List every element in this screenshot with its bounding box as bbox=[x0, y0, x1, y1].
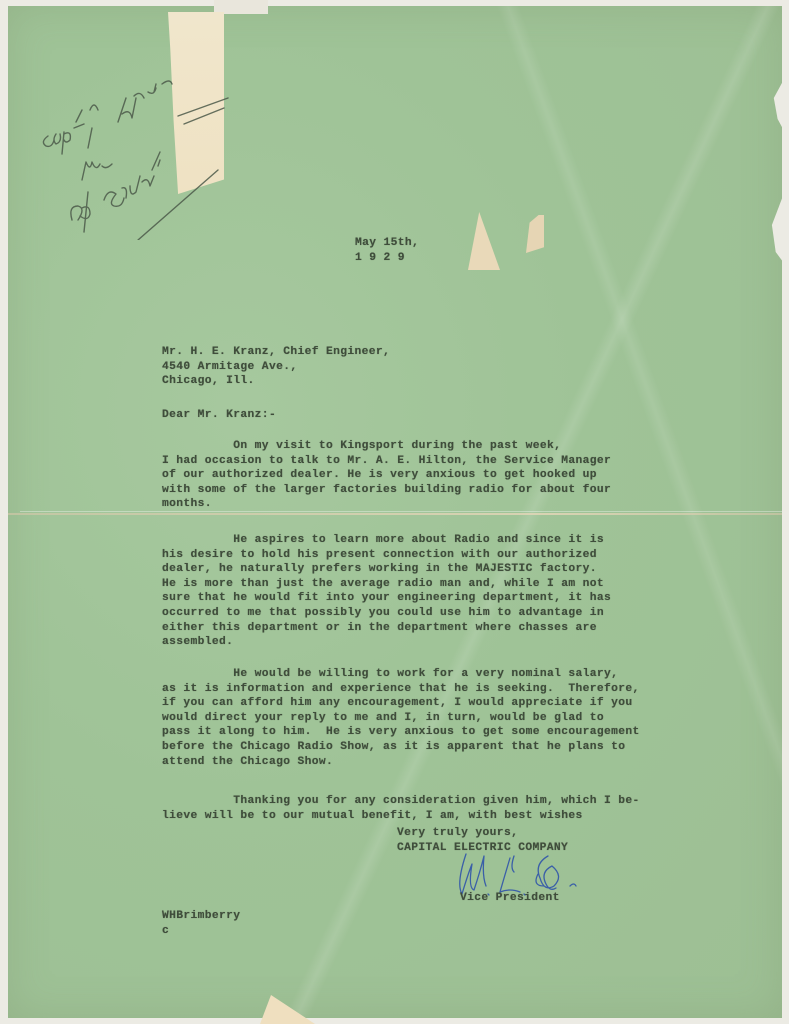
paragraph-line: with some of the larger factories buildi… bbox=[162, 484, 611, 496]
paragraph-line: Thanking you for any consideration given… bbox=[162, 795, 640, 807]
paragraph-line: dealer, he naturally prefers working in … bbox=[162, 563, 597, 575]
date-line-1: May 15th, bbox=[355, 237, 419, 249]
paragraph-line: before the Chicago Radio Show, as it is … bbox=[162, 741, 625, 753]
body-paragraph-1: On my visit to Kingsport during the past… bbox=[162, 439, 611, 512]
recipient-line-2: 4540 Armitage Ave., bbox=[162, 361, 297, 373]
reference-initials: WHBrimberry c bbox=[162, 909, 240, 938]
paragraph-line: of our authorized dealer. He is very anx… bbox=[162, 469, 597, 481]
body-paragraph-3: He would be willing to work for a very n… bbox=[162, 667, 640, 769]
paragraph-line: months. bbox=[162, 498, 212, 510]
paragraph-line: He would be willing to work for a very n… bbox=[162, 668, 618, 680]
typist-reference: WHBrimberry bbox=[162, 910, 240, 922]
paragraph-line: On my visit to Kingsport during the past… bbox=[162, 440, 561, 452]
paragraph-line: sure that he would fit into your enginee… bbox=[162, 592, 611, 604]
paragraph-line: would direct your reply to me and I, in … bbox=[162, 712, 604, 724]
paragraph-line: assembled. bbox=[162, 636, 233, 648]
paper-fold-line bbox=[8, 513, 782, 515]
paragraph-line: lieve will be to our mutual benefit, I a… bbox=[162, 810, 583, 822]
body-paragraph-4: Thanking you for any consideration given… bbox=[162, 794, 640, 823]
top-gap bbox=[214, 0, 268, 14]
paragraph-line: his desire to hold his present connectio… bbox=[162, 549, 597, 561]
copy-notation: c bbox=[162, 925, 169, 937]
recipient-address: Mr. H. E. Kranz, Chief Engineer, 4540 Ar… bbox=[162, 345, 390, 389]
letter-paper bbox=[8, 6, 782, 1018]
paragraph-line: pass it along to him. He is very anxious… bbox=[162, 726, 640, 738]
recipient-line-1: Mr. H. E. Kranz, Chief Engineer, bbox=[162, 346, 390, 358]
paragraph-line: if you can afford him any encouragement,… bbox=[162, 697, 633, 709]
paragraph-line: He aspires to learn more about Radio and… bbox=[162, 534, 604, 546]
paragraph-line: He is more than just the average radio m… bbox=[162, 578, 604, 590]
letter-date: May 15th, 1 9 2 9 bbox=[355, 236, 419, 265]
recipient-line-3: Chicago, Ill. bbox=[162, 375, 255, 387]
paragraph-line: attend the Chicago Show. bbox=[162, 756, 333, 768]
signer-title: Vice President bbox=[460, 891, 560, 906]
paragraph-line: as it is information and experience that… bbox=[162, 683, 640, 695]
salutation: Dear Mr. Kranz:- bbox=[162, 408, 276, 423]
paragraph-line: either this department or in the departm… bbox=[162, 622, 597, 634]
body-paragraph-2: He aspires to learn more about Radio and… bbox=[162, 533, 611, 650]
closing-line: Very truly yours, bbox=[397, 827, 518, 839]
paragraph-line: I had occasion to talk to Mr. A. E. Hilt… bbox=[162, 455, 611, 467]
date-line-2: 1 9 2 9 bbox=[355, 252, 405, 264]
paragraph-line: occurred to me that possibly you could u… bbox=[162, 607, 604, 619]
